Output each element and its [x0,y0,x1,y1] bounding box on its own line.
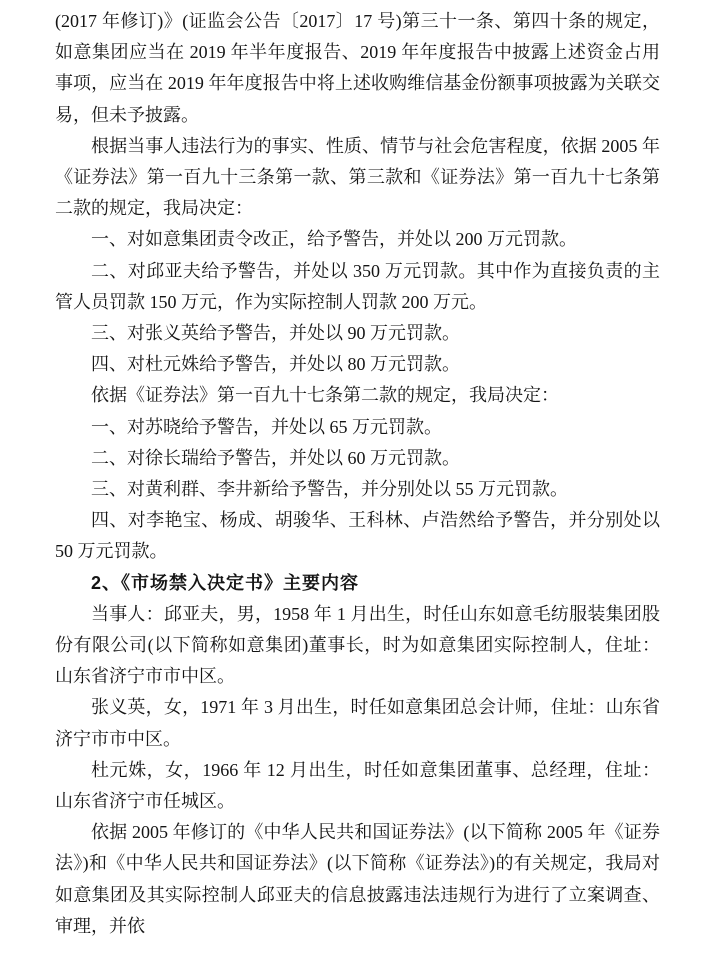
document-page: (2017 年修订)》(证监会公告〔2017〕17 号)第三十一条、第四十条的规… [0,0,715,958]
paragraph: 三、对张义英给予警告，并处以 90 万元罚款。 [55,318,660,349]
paragraph: 张义英，女，1971 年 3 月出生，时任如意集团总会计师，住址：山东省济宁市市… [55,692,660,754]
paragraph: 四、对杜元姝给予警告，并处以 80 万元罚款。 [55,349,660,380]
paragraph: 一、对苏晓给予警告，并处以 65 万元罚款。 [55,412,660,443]
paragraph: 二、对邱亚夫给予警告，并处以 350 万元罚款。其中作为直接负责的主管人员罚款 … [55,256,660,318]
paragraph: 依据《证券法》第一百九十七条第二款的规定，我局决定： [55,380,660,411]
paragraph: 四、对李艳宝、杨成、胡骏华、王科林、卢浩然给予警告，并分别处以 50 万元罚款。 [55,505,660,567]
paragraph: 三、对黄利群、李井新给予警告，并分别处以 55 万元罚款。 [55,474,660,505]
paragraph: 根据当事人违法行为的事实、性质、情节与社会危害程度，依据 2005 年《证券法》… [55,131,660,225]
section-heading: 2、《市场禁入决定书》主要内容 [55,568,660,599]
paragraph: (2017 年修订)》(证监会公告〔2017〕17 号)第三十一条、第四十条的规… [55,6,660,131]
paragraph: 依据 2005 年修订的《中华人民共和国证券法》(以下简称 2005 年《证券法… [55,817,660,942]
paragraph: 杜元姝，女，1966 年 12 月出生，时任如意集团董事、总经理，住址：山东省济… [55,755,660,817]
document-body: (2017 年修订)》(证监会公告〔2017〕17 号)第三十一条、第四十条的规… [55,6,660,942]
paragraph: 当事人：邱亚夫，男，1958 年 1 月出生，时任山东如意毛纺服装集团股份有限公… [55,599,660,693]
paragraph: 二、对徐长瑞给予警告，并处以 60 万元罚款。 [55,443,660,474]
paragraph: 一、对如意集团责令改正，给予警告，并处以 200 万元罚款。 [55,224,660,255]
